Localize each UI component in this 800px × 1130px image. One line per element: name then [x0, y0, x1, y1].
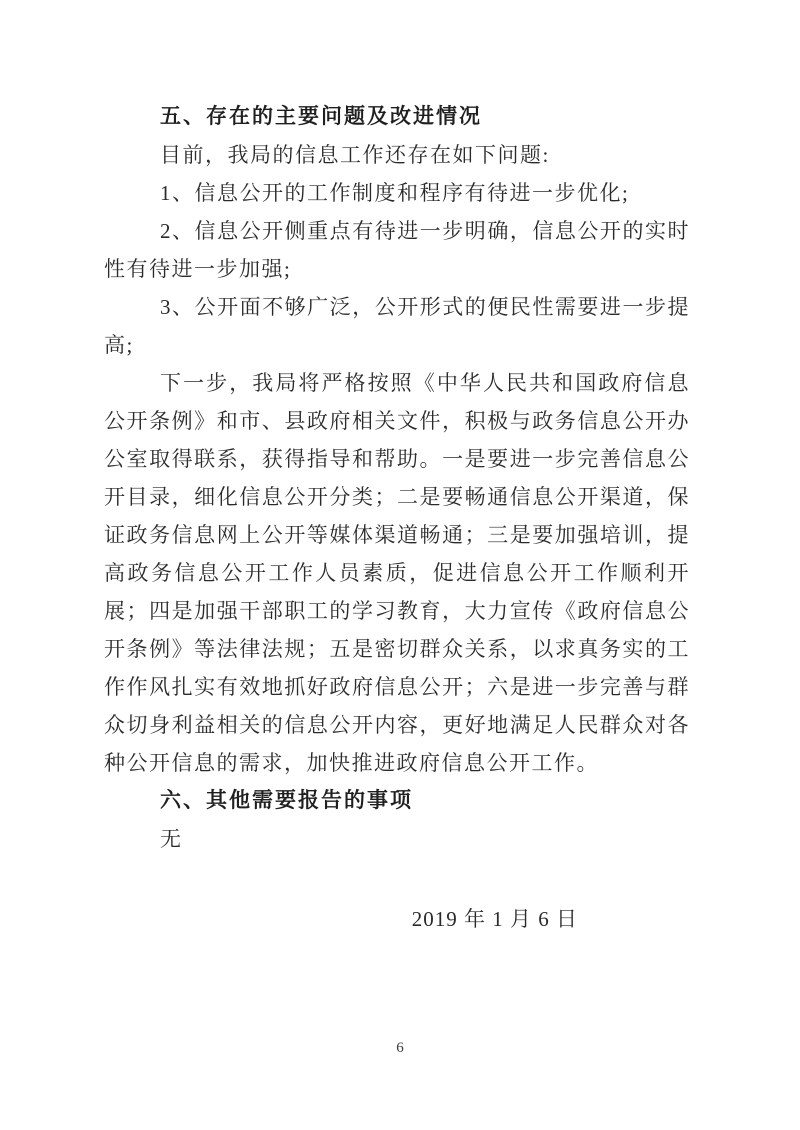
page-number: 6 [0, 1036, 800, 1060]
paragraph-issue-2: 2、信息公开侧重点有待进一步明确，信息公开的实时性有待进一步加强; [104, 212, 690, 288]
document-page: 五、存在的主要问题及改进情况 目前，我局的信息工作还存在如下问题: 1、信息公开… [0, 0, 800, 1130]
paragraph-none: 无 [104, 820, 690, 858]
document-body: 五、存在的主要问题及改进情况 目前，我局的信息工作还存在如下问题: 1、信息公开… [104, 98, 690, 938]
paragraph-intro: 目前，我局的信息工作还存在如下问题: [104, 136, 690, 174]
document-date: 2019 年 1 月 6 日 [104, 900, 690, 938]
section-heading-six: 六、其他需要报告的事项 [104, 782, 690, 820]
paragraph-issue-3: 3、公开面不够广泛，公开形式的便民性需要进一步提高; [104, 288, 690, 364]
section-heading-five: 五、存在的主要问题及改进情况 [104, 98, 690, 136]
paragraph-next-steps: 下一步，我局将严格按照《中华人民共和国政府信息公开条例》和市、县政府相关文件，积… [104, 364, 690, 782]
paragraph-issue-1: 1、信息公开的工作制度和程序有待进一步优化; [104, 174, 690, 212]
